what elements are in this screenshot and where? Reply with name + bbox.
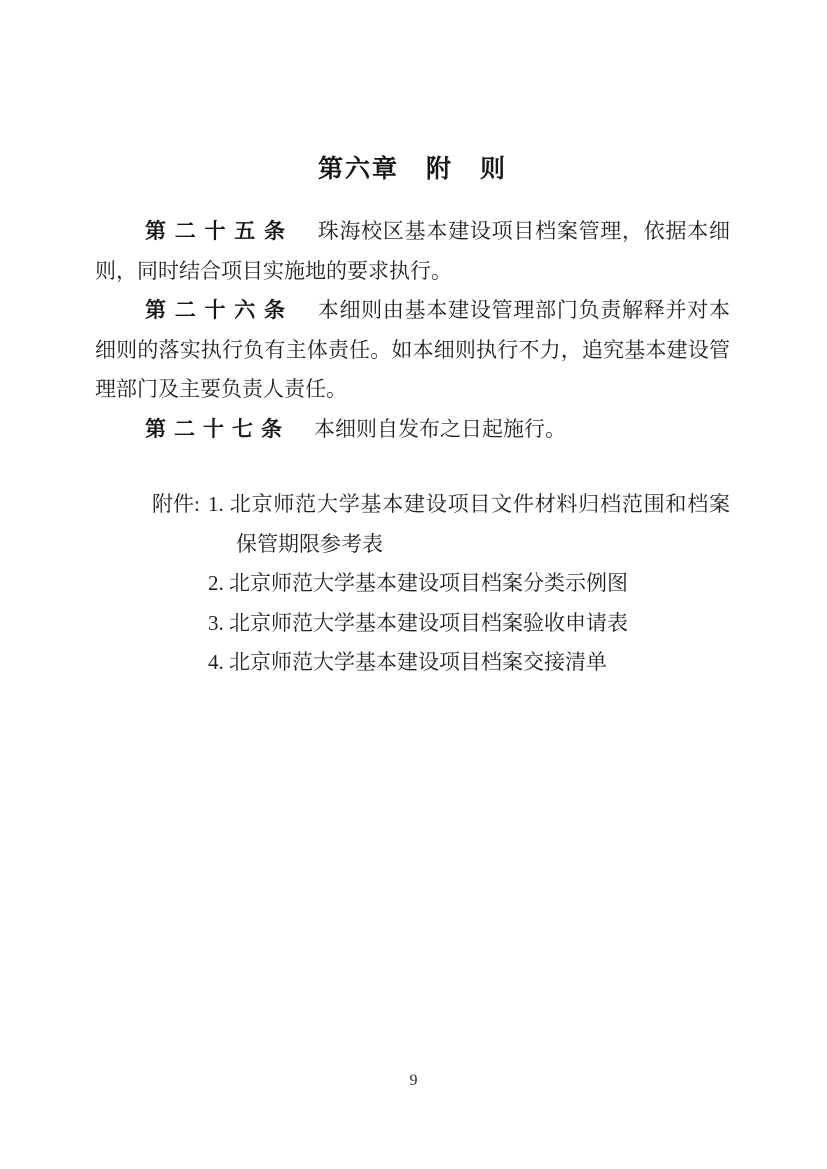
attachments-label: 附件: [152,485,208,525]
document-page: 第六章 附 则 第二十五条珠海校区基本建设项目档案管理，依据本细则，同时结合项目… [0,0,827,1169]
clause-27-text: 本细则自发布之日起施行。 [314,417,566,441]
chapter-title: 第六章 附 则 [95,152,730,186]
clause-25-label: 第二十五条 [145,220,294,243]
clause-26: 第二十六条本细则由基本建设管理部门负责解释并对本细则的落实执行负有主体责任。如本… [95,291,730,410]
clause-25: 第二十五条珠海校区基本建设项目档案管理，依据本细则，同时结合项目实施地的要求执行… [95,212,730,291]
attachment-item-1-text: 1. 北京师范大学基本建设项目文件材料归档范围和档案保管期限参考表 [208,492,730,556]
attachments-block: 附件:1. 北京师范大学基本建设项目文件材料归档范围和档案保管期限参考表 2. … [152,485,730,683]
page-content: 第六章 附 则 第二十五条珠海校区基本建设项目档案管理，依据本细则，同时结合项目… [95,152,730,683]
attachment-item-4: 4. 北京师范大学基本建设项目档案交接清单 [152,643,730,683]
attachment-item-1: 附件:1. 北京师范大学基本建设项目文件材料归档范围和档案保管期限参考表 [152,485,730,564]
clause-27: 第二十七条本细则自发布之日起施行。 [95,410,730,450]
clause-27-label: 第二十七条 [145,418,290,441]
page-number: 9 [0,1070,827,1092]
attachment-item-2: 2. 北京师范大学基本建设项目档案分类示例图 [152,564,730,604]
clause-26-label: 第二十六条 [145,299,294,322]
attachment-item-3: 3. 北京师范大学基本建设项目档案验收申请表 [152,604,730,644]
